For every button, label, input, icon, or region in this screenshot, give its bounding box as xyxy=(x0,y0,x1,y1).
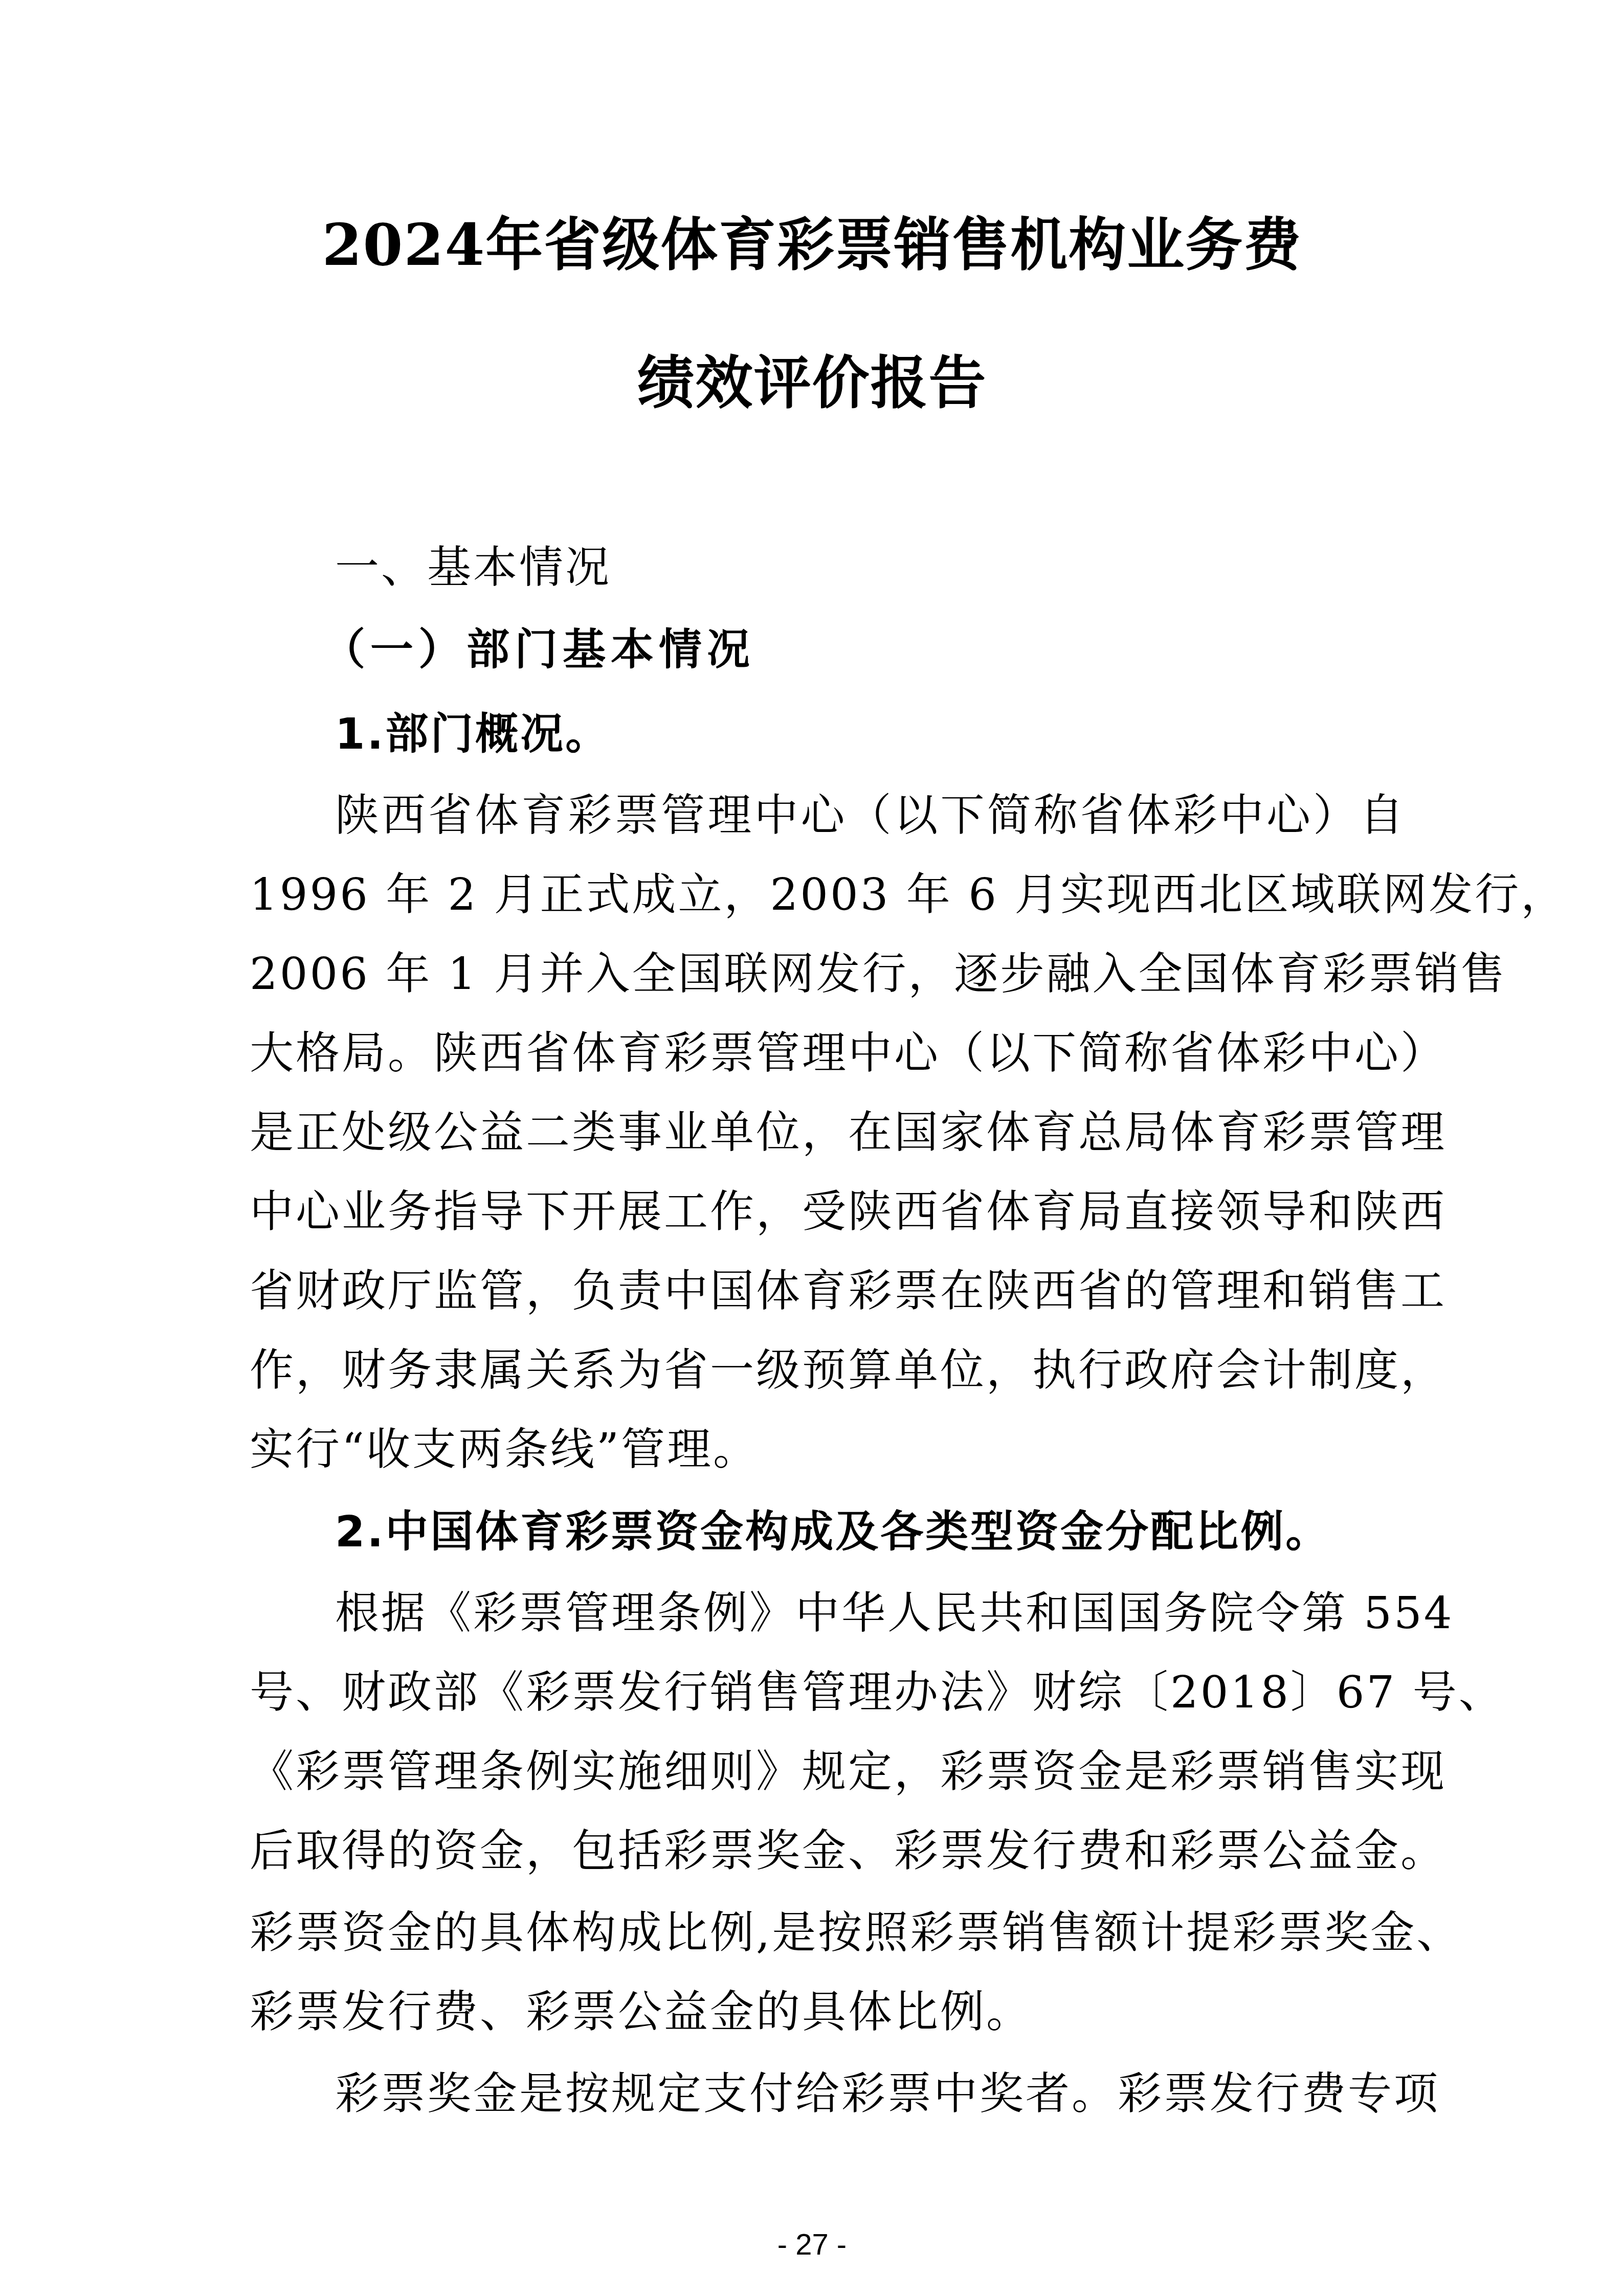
subsection-heading-department: （一）部门基本情况 xyxy=(322,619,1478,680)
paragraph-line: 彩票发行费、彩票公益金的具体比例。 xyxy=(250,1982,1406,2043)
item-heading-department-overview: 1.部门概况。 xyxy=(335,703,1491,764)
report-title-line-2: 绩效评价报告 xyxy=(0,348,1624,419)
paragraph-line: 大格局。陕西省体育彩票管理中心（以下简称省体彩中心） xyxy=(250,1023,1406,1084)
paragraph-line: 号、财政部《彩票发行销售管理办法》财综〔2018〕67 号、 xyxy=(250,1662,1426,1723)
paragraph-line: 彩票资金的具体构成比例,是按照彩票销售额计提彩票奖金、 xyxy=(250,1902,1406,1964)
document-page: 2024年省级体育彩票销售机构业务费 绩效评价报告 一、基本情况 （一）部门基本… xyxy=(0,0,1624,2296)
item-heading-fund-composition: 2.中国体育彩票资金构成及各类型资金分配比例。 xyxy=(335,1501,1491,1562)
paragraph-line: 作，财务隶属关系为省一级预算单位，执行政府会计制度， xyxy=(250,1340,1406,1401)
paragraph-line: 根据《彩票管理条例》中华人民共和国国务院令第 554 xyxy=(335,1583,1406,1644)
paragraph-line: 实行“收支两条线”管理。 xyxy=(250,1419,1406,1480)
paragraph-line: 2006 年 1 月并入全国联网发行，逐步融入全国体育彩票销售 xyxy=(250,943,1406,1005)
paragraph-line: 中心业务指导下开展工作，受陕西省体育局直接领导和陕西 xyxy=(250,1181,1406,1243)
paragraph-line: 1996 年 2 月正式成立，2003 年 6 月实现西北区域联网发行， xyxy=(250,864,1406,926)
paragraph-line: 陕西省体育彩票管理中心（以下简称省体彩中心）自 xyxy=(335,785,1406,846)
paragraph-line: 是正处级公益二类事业单位，在国家体育总局体育彩票管理 xyxy=(250,1102,1406,1163)
section-heading-basic-info: 一、基本情况 xyxy=(335,537,1491,598)
page-number: - 27 - xyxy=(0,2227,1624,2263)
paragraph-line: 省财政厅监管，负责中国体育彩票在陕西省的管理和销售工 xyxy=(250,1260,1406,1322)
report-title-line-1: 2024年省级体育彩票销售机构业务费 xyxy=(0,210,1624,281)
paragraph-line: 彩票奖金是按规定支付给彩票中奖者。彩票发行费专项 xyxy=(335,2063,1406,2125)
paragraph-line: 后取得的资金，包括彩票奖金、彩票发行费和彩票公益金。 xyxy=(250,1820,1406,1882)
paragraph-line: 《彩票管理条例实施细则》规定，彩票资金是彩票销售实现 xyxy=(250,1741,1406,1803)
